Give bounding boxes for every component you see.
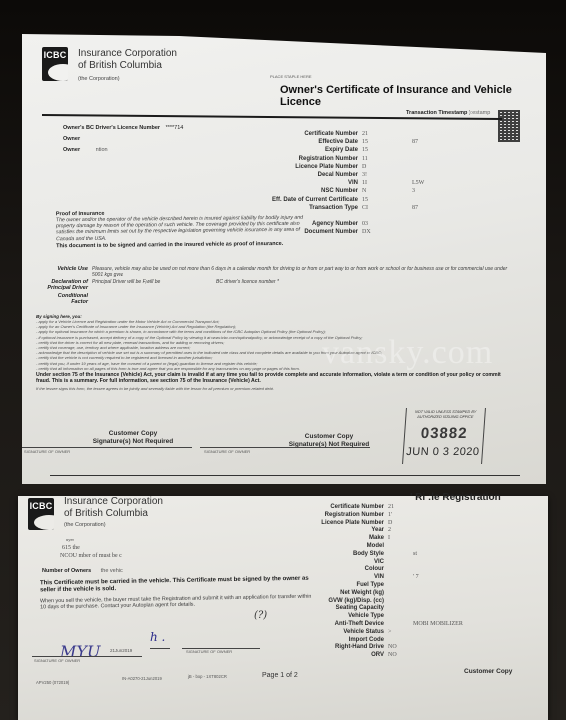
field-value: 1' [388,512,408,520]
owner-row: Owner ntion [63,145,183,156]
field-label: Import Code [288,637,384,645]
field-extra [412,171,452,179]
field-label: Net Weight (kg) [288,590,384,598]
field-extra [413,644,533,652]
field-value: > [388,629,408,637]
field-label: Model [288,543,384,551]
field-label: Right-Hand Drive [288,644,384,652]
field-extra: MOBI MOBILIZER [413,621,533,629]
field-extra [413,613,533,621]
registration-left-fields: uyer 615 the NCOU mber of must be c [60,536,122,560]
signature-line-1 [32,656,142,657]
field-extra [413,520,533,528]
transaction-timestamp: Transaction Timestamp ):estamp [406,110,490,116]
field-extra [412,196,452,204]
proof-of-insurance: Proof of Insurance The owner and/or the … [56,209,306,249]
field-extra [412,163,452,171]
field-label: VIN [262,179,358,187]
field-value: NO [388,644,408,652]
field-label: Licence Plate Number [262,163,358,171]
field-label: Licence Plate Number [288,520,384,528]
field-value: 03 [362,220,378,228]
field-label: Vehicle Type [288,613,384,621]
reference-code: jB - bop - 1XT802CR [188,674,227,679]
field-label: VIC [288,559,384,567]
corporation-sub: (the Corporation) [78,76,120,82]
field-label: GVW (kg)/Disp. (cc) [288,598,384,606]
field-extra [413,527,533,535]
document-title: Owner's Certificate of Insurance and Veh… [280,84,546,108]
field-value: 11 [362,155,378,163]
signature-block-1: Customer Copy Signature(s) Not Required [58,430,208,446]
field-label: Decal Number [262,171,358,179]
staple-note: PLACE STAPLE HERE [270,74,312,79]
field-value [388,613,408,621]
batch-code: IN-A0270-21Jun2019 [122,676,162,681]
registration-sheet: ICBC Insurance Corporation of British Co… [18,496,548,720]
field-value [388,637,408,645]
handwriting-mark: (?) [254,610,267,621]
stamp-date: JUN 0 3 2020 [403,446,482,458]
vehicle-use-section: Vehicle Use Pleasure, vehicle may also b… [40,266,520,305]
field-extra [413,605,533,613]
lessee-note: If the lessee signs this form, the lesse… [36,386,516,391]
customer-copy-label: Customer Copy [464,668,512,676]
field-label: Anti-Theft Device [288,621,384,629]
field-extra: 87 [412,204,452,212]
issuing-stamp: NOT VALID UNLESS STAMPED BY AUTHORIZED I… [402,408,486,464]
field-value: N [362,187,378,195]
signature-line-1 [22,447,192,448]
field-extra [412,155,452,163]
field-label: Seating Capacity [288,605,384,613]
field-value: 15 [362,146,378,154]
field-value: 2 [388,527,408,535]
corporation-sub: (the Corporation) [64,522,106,528]
signature-label-1: SIGNATURE OF OWNER [24,449,70,454]
field-extra [413,582,533,590]
field-extra [413,590,533,598]
field-label: Registration Number [262,155,358,163]
owner-fields: Owner's BC Driver's Licence Number ****7… [63,123,183,156]
signature-dash [150,648,170,649]
field-label: Colour [288,566,384,574]
field-value: D [362,163,378,171]
field-label: Certificate Number [262,130,358,138]
field-extra: ' 7 [413,574,533,582]
registration-title: ' Ri :le Registration [410,492,501,503]
field-extra [413,652,533,660]
field-value: NO [388,652,408,660]
field-label: Registration Number [288,512,384,520]
sell-notice: When you sell the vehicle, the buyer mus… [40,594,312,612]
registration-field-labels: Certificate NumberRegistration NumberLic… [288,504,384,660]
certificate-field-extras: 87 L5W3 87 [412,130,452,237]
field-value [388,551,408,559]
field-label: NSC Number [262,187,358,195]
signature-label-2: SIGNATURE OF OWNER [186,649,232,654]
field-value: I [388,535,408,543]
field-extra: L5W [412,179,452,187]
carry-notice: This Certificate must be carried in the … [40,576,312,595]
field-extra [413,559,533,567]
qr-code [498,110,520,142]
field-label: VIN [288,574,384,582]
certificate-sheet: ICBC Insurance Corporation of British Co… [22,34,546,484]
field-label: Certificate Number [288,504,384,512]
page-indicator: Page 1 of 2 [262,672,298,679]
proof-text: The owner and/or the operator of the veh… [56,215,306,242]
signature-label-2: SIGNATURE OF OWNER [204,449,250,454]
field-value: 21 [388,504,408,512]
field-extra [413,629,533,637]
field-extra [412,212,452,220]
field-value [388,598,408,606]
field-value: D [388,520,408,528]
field-label: ORV [288,652,384,660]
field-extra [413,598,533,606]
field-extra [412,228,452,236]
handwriting-mark: h . [150,630,165,644]
certificate-field-values: 21151511D3!1IN15CI 03DX [362,130,378,237]
field-value [388,590,408,598]
bottom-rule [50,475,520,476]
field-extra [413,512,533,520]
field-label: Effective Date [262,138,358,146]
field-extra [413,535,533,543]
field-extra: 87 [412,138,452,146]
field-label: Make [288,535,384,543]
watermark: vansky.com [322,334,493,372]
field-value [388,582,408,590]
field-value [388,559,408,567]
field-value: 3! [362,171,378,179]
number-of-owners: Number of Owners the vehic [42,568,123,574]
field-extra [413,543,533,551]
field-label: Year [288,527,384,535]
field-value [388,621,408,629]
field-value [388,605,408,613]
signature-line-2 [200,447,370,448]
field-value: 15 [362,138,378,146]
stamp-number: 03882 [405,425,484,442]
owner-row: Owner [63,134,183,145]
section-75-note: Under section 75 of the Insurance (Vehic… [36,372,516,384]
field-value: 15 [362,196,378,204]
field-extra: 3 [412,187,452,195]
signature-label-1: SIGNATURE OF OWNER [34,658,80,663]
field-value: 1I [362,179,378,187]
registration-field-values: 211'D2I > NONO [388,504,408,660]
corporation-name: Insurance Corporation of British Columbi… [64,496,163,520]
field-value: 21 [362,130,378,138]
field-extra [413,637,533,645]
field-extra [412,130,452,138]
logo-text: ICBC [44,50,67,60]
corporation-name: Insurance Corporation of British Columbi… [78,48,177,72]
field-label: Fuel Type [288,582,384,590]
field-label: Expiry Date [262,146,358,154]
logo-text: ICBC [30,501,53,511]
field-value: DX [362,228,378,236]
proof-bold-note: This document is to be signed and carrie… [56,241,306,250]
icbc-logo: ICBC [28,498,54,530]
field-extra [413,504,533,512]
field-value [388,543,408,551]
field-value [388,574,408,582]
form-code: APV250 (072019) [36,680,69,685]
signature-date: 21Jun2019 [110,648,132,653]
field-extra [412,146,452,154]
field-label: Eff. Date of Current Certificate [262,196,358,204]
owner-licence-row: Owner's BC Driver's Licence Number ****7… [63,123,183,134]
field-label: Vehicle Status [288,629,384,637]
field-extra [412,220,452,228]
icbc-logo: ICBC [42,47,68,81]
registration-field-extras: st ' 7 MOBI MOBILIZER [413,504,533,660]
field-extra [413,566,533,574]
field-value [388,566,408,574]
field-value: CI [362,204,378,212]
field-extra: st [413,551,533,559]
field-value [362,212,378,220]
field-label: Body Style [288,551,384,559]
